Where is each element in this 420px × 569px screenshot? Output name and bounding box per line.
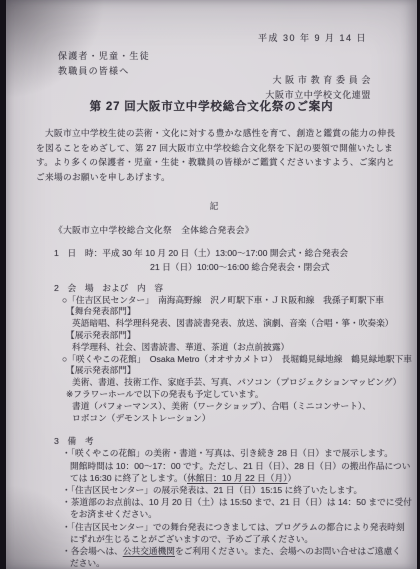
venue2-display-label: 【展示発表部門】 — [66, 365, 417, 377]
venue1-block: ○「住吉区民センター」 南海高野線 沢ノ町駅下車・ＪＲ阪和線 我孫子町駅下車 【… — [36, 295, 417, 354]
subheading: 《大阪市立中学校総合文化祭 全体総合発表会》 — [54, 224, 417, 236]
public-transport-underlined: 公共交通機関 — [123, 546, 175, 556]
flower-hall-items-2: ロボコン（デモンストレーション） — [72, 413, 417, 425]
note1-line-2: 開館時間は 10：00～17：00 です。ただし、21 日（日）、28 日（日）… — [70, 460, 417, 472]
venue1-stage-label: 【舞台発表部門】 — [66, 306, 417, 318]
venue1-stage-items: 英語暗唱、科学理科発表、図書読書発表、放送、演劇、音楽（合唱・箏・吹奏楽） — [72, 318, 417, 330]
intro-line: を図ることをめざして、第 27 回大阪市立中学校総合文化祭を下記の要領で開催いた… — [36, 141, 417, 156]
paper-sheet: 平成 30 年 9 月 14 日 保護者・児童・生徒 教職員の皆様へ 大 阪 市… — [6, 0, 417, 569]
note2: ・「住吉区民センター」の展示発表は、21 日（日）15:15 に終了いたします。 — [62, 484, 417, 496]
note4-line-2: にずれが生じることがございますので、予めご了承ください。 — [70, 533, 417, 545]
note1-line-3-post: ） — [288, 473, 297, 483]
flower-hall-items-1: 書道（パフォーマンス）、美術（ワークショップ）、合唱（ミニコンサート）、 — [72, 401, 417, 413]
document-date: 平成 30 年 9 月 14 日 — [258, 31, 367, 44]
note5-pre: ・各会場へは、 — [62, 546, 123, 556]
note5-line-1: ・各会場へは、公共交通機関をご利用ください。また、会場へのお問い合せはご遠慮く — [62, 545, 417, 557]
sender-line-1: 大 阪 市 教 育 委 員 会 — [265, 73, 371, 88]
venues-heading: 2 会 場 および 内 容 — [54, 283, 417, 295]
document-body: 大阪市立中学校生徒の芸術・文化に対する豊かな感性を育て、創造と鑑賞の能力の伸長 … — [36, 126, 417, 569]
venue1-display-label: 【展示発表部門】 — [66, 330, 417, 342]
venue2-display-items: 美術、書道、技術工作、家庭手芸、写真、パソコン（プロジェクションマッピング） — [72, 377, 417, 389]
note1-line-1: ・「咲くやこの花館」の美術・書道・写真は、引き続き 28 日（日）まで展示します… — [62, 447, 417, 459]
closed-day-underlined: 休館日：10 月 22 日（月） — [187, 473, 287, 483]
schedule-line-1: 1 日 時：平成 30 年 10 月 20 日（土）13:00～17:00 開会… — [54, 246, 417, 260]
notes-heading: 3 備 考 — [54, 435, 417, 447]
notes-block: ・「咲くやこの花館」の美術・書道・写真は、引き続き 28 日（日）まで展示します… — [36, 447, 417, 569]
record-mark: 記 — [36, 200, 392, 212]
note5-line-2: ださい。 — [70, 557, 417, 569]
intro-paragraph: 大阪市立中学校生徒の芸術・文化に対する豊かな感性を育て、創造と鑑賞の能力の伸長 … — [36, 126, 417, 185]
venue1-display-items: 科学理科、社会、図書読書、華道、茶道（お点前披露） — [72, 342, 417, 354]
addressee-line-1: 保護者・児童・生徒 — [58, 49, 150, 64]
venue2-name: ○「咲くやこの花館」 Osaka Metro（オオサカメトロ） 長堀鶴見緑地線 … — [62, 354, 417, 366]
intro-line: ご来場のお願いを申しあげます。 — [36, 170, 417, 185]
venue1-name: ○「住吉区民センター」 南海高野線 沢ノ町駅下車・ＪＲ阪和線 我孫子町駅下車 — [62, 295, 417, 307]
intro-line: 大阪市立中学校生徒の芸術・文化に対する豊かな感性を育て、創造と鑑賞の能力の伸長 — [36, 126, 417, 141]
note3-line-1: ・茶道部のお点前は、10 月 20 日（土）は 15:50 まで、21 日（日）… — [62, 496, 417, 508]
note1-line-3: ては 16:30 に終了とします。（休館日：10 月 22 日（月）） — [70, 472, 417, 484]
addressee-line-2: 教職員の皆様へ — [58, 64, 150, 79]
schedule-section: 1 日 時：平成 30 年 10 月 20 日（土）13:00～17:00 開会… — [36, 246, 417, 274]
venue2-block: ○「咲くやこの花館」 Osaka Metro（オオサカメトロ） 長堀鶴見緑地線 … — [36, 354, 417, 425]
schedule-line-2: 21 日（日）10:00～16:00 総合発表会・閉会式 — [150, 260, 417, 274]
addressee-block: 保護者・児童・生徒 教職員の皆様へ — [58, 49, 150, 79]
flower-hall-note: ※フラワーホールで以下の発表も予定しています。 — [66, 389, 417, 401]
note1-line-3-pre: ては 16:30 に終了とします。（ — [70, 473, 187, 483]
photo-of-document: { "doc": { "date": "平成 30 年 9 月 14 日", "… — [0, 0, 420, 569]
intro-line: す。より多くの保護者・児童・生徒・教職員の皆様がご鑑賞くださいますよう、ご案内と — [36, 155, 417, 170]
note4-line-1: ・「住吉区民センター」での舞台発表につきましては、プログラムの都合により発表時刻 — [62, 521, 417, 533]
note5-post: をご利用ください。また、会場へのお問い合せはご遠慮く — [175, 546, 401, 556]
page-title: 第 27 回大阪市立中学校総合文化祭のご案内 — [6, 98, 417, 114]
note3-line-2: をお済ませください。 — [70, 508, 417, 520]
